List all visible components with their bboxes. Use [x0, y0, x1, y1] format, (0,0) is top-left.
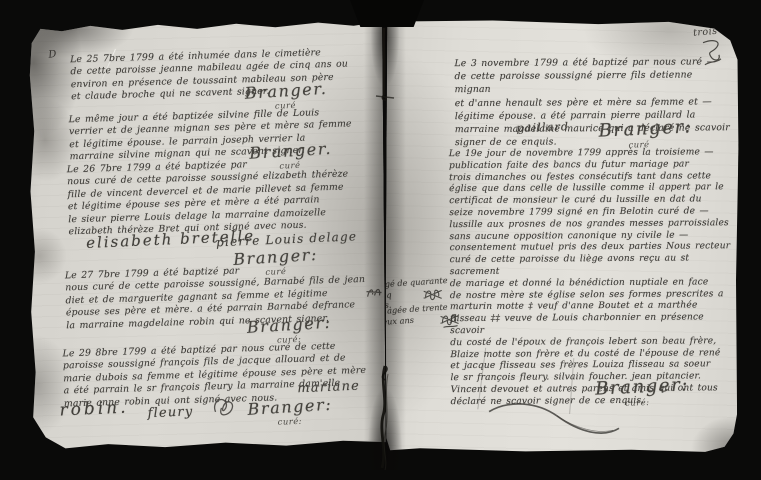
baptism-entry-2-text: Le 26 7bre 1799 a été baptizée par nous … — [67, 155, 389, 238]
baptism-entry-3-text: Le 27 7bre 1799 a été baptizé par nous c… — [65, 261, 389, 332]
book-gutter — [364, 14, 406, 470]
witness-signature: robin. — [59, 399, 129, 419]
paraph-flourish-icon — [209, 394, 239, 420]
priest-signature: Branger: — [595, 376, 690, 398]
right-page: trois Le 3 novembre 1799 a été baptizé p… — [385, 19, 739, 453]
corner-mark: D — [48, 49, 57, 61]
baptism-entry-1-text: Le même jour a été baptizée silvine fill… — [69, 105, 388, 163]
priest-signature: Branger. — [244, 81, 328, 102]
witness-signature: mariane — [297, 380, 360, 396]
priest-signature-title: curé: — [625, 398, 650, 407]
spine-shadow — [350, 0, 424, 27]
priest-signature: Branger: — [247, 397, 333, 418]
left-page: D Le 25 7bre 1799 a été inhumée dans le … — [26, 16, 386, 449]
binding-thread-bottom-icon — [364, 14, 406, 470]
marriage-entry-text: Le 19e jour de novembre 1799 apprès la t… — [449, 147, 735, 409]
priest-signature-title: curé: — [277, 417, 302, 426]
priest-signature: Branger: — [246, 315, 332, 336]
signature-flourish-icon — [485, 398, 625, 447]
burial-entry-text: Le 25 7bre 1799 a été inhumée dans le ci… — [70, 45, 387, 103]
witness-signature: paillard — [516, 121, 569, 134]
witness-signature: fleury — [147, 405, 193, 420]
parish-register-scan: D Le 25 7bre 1799 a été inhumée dans le … — [0, 0, 761, 480]
priest-signature: Branger: — [598, 118, 693, 140]
